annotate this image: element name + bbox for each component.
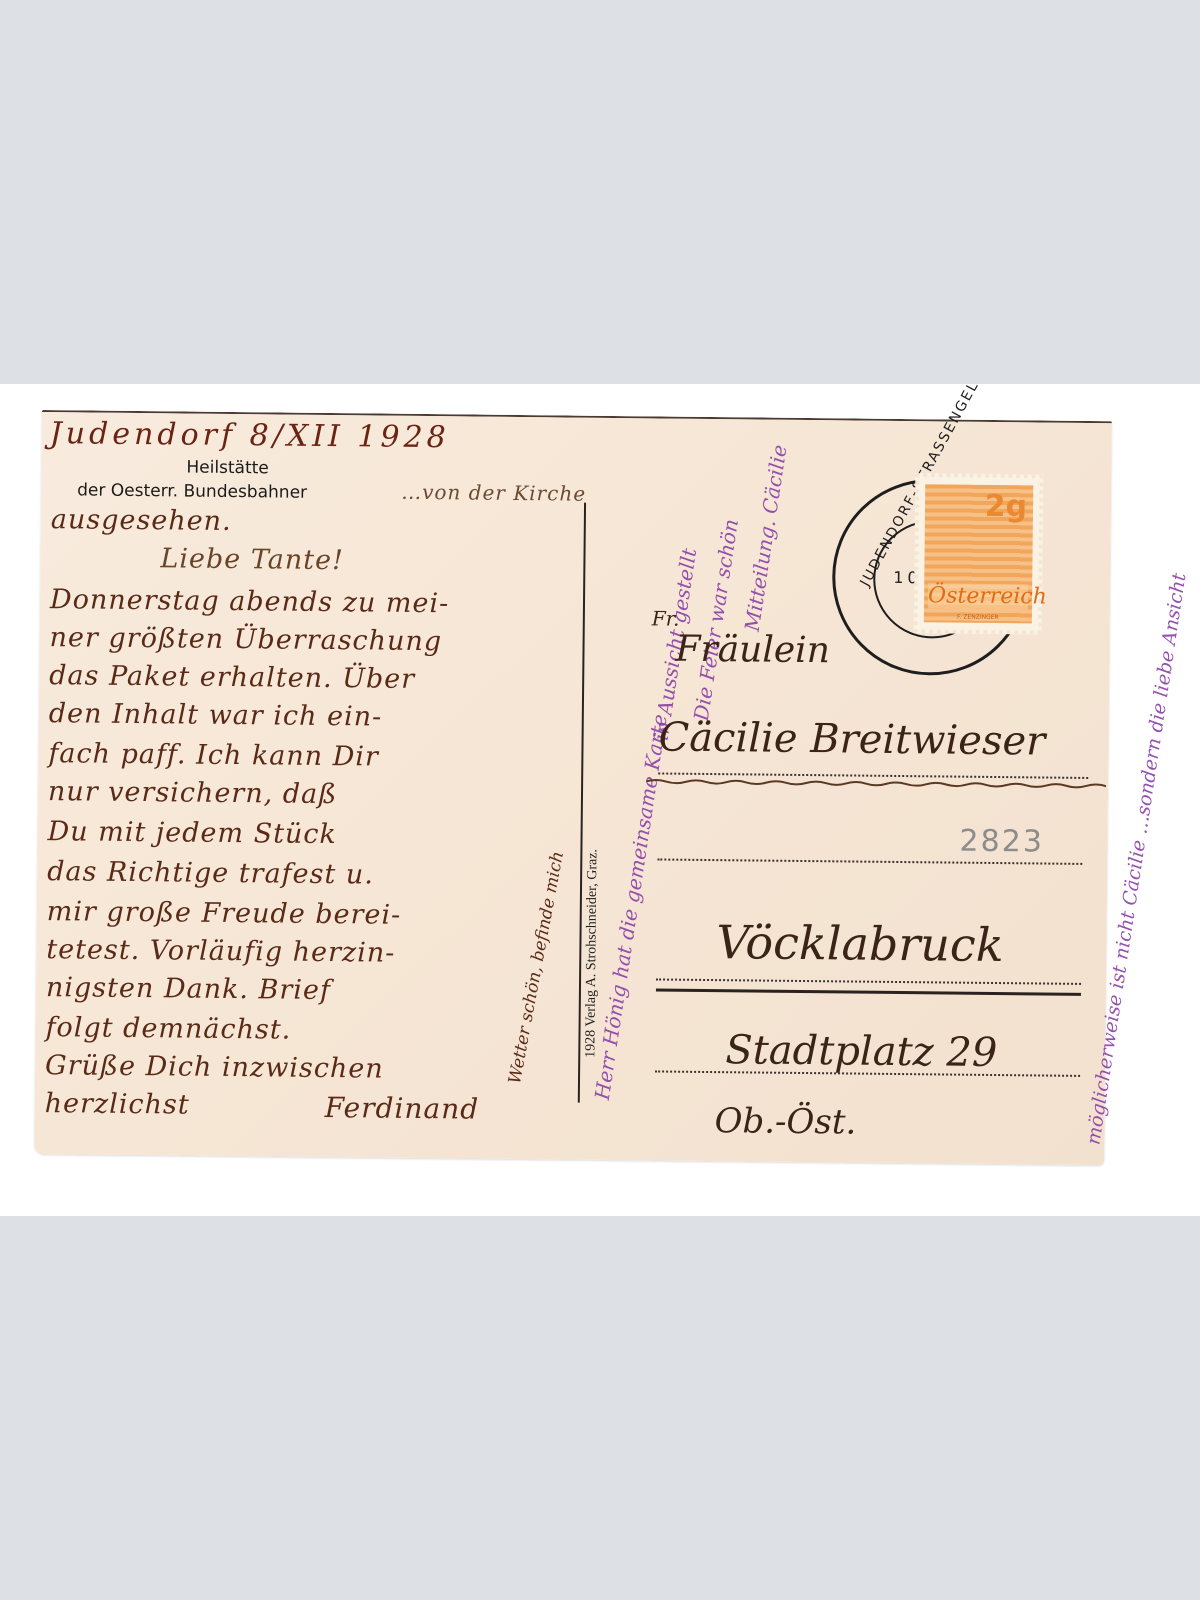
stamp-country: Österreich	[928, 583, 1028, 609]
crossed-line-2: ausgesehen.	[51, 504, 232, 537]
purple-note-3: Die Feier war schön	[689, 517, 743, 722]
address-line-1	[658, 772, 1088, 779]
printed-title-line2: der Oesterr. Bundesbahner	[77, 480, 307, 502]
message-line: das Richtige trafest u.	[47, 856, 374, 890]
stamp-value: 2g	[984, 489, 1027, 524]
address-prefix: Fr.	[652, 606, 680, 630]
purple-note-1: Herr Hönig hat die gemeinsame Karte	[590, 713, 672, 1102]
greeting: Liebe Tante!	[160, 543, 344, 576]
purple-note-4: Mitteilung. Cäcilie	[740, 443, 792, 633]
message-line: Du mit jedem Stück	[47, 816, 337, 850]
postcard-back: Judendorf 8/XII 1928 Heilstätte der Oest…	[34, 410, 1112, 1165]
vertical-margin-note: Wetter schön, befinde mich	[505, 850, 568, 1086]
recipient-city: Vöcklabruck	[716, 915, 1004, 972]
signature: Ferdinand	[325, 1091, 480, 1126]
postage-stamp: 2g Österreich F. ZENZINGER	[914, 473, 1044, 634]
message-line: Grüße Dich inzwischen	[45, 1050, 384, 1085]
address-line-2	[657, 858, 1082, 864]
message-line: den Inhalt war ich ein-	[49, 698, 383, 732]
address-title: Fräulein	[675, 629, 830, 672]
recipient-street: Stadtplatz 29	[725, 1027, 997, 1076]
stamp-engraver: F. ZENZINGER	[924, 613, 1032, 621]
scan-area: Judendorf 8/XII 1928 Heilstätte der Oest…	[0, 384, 1200, 1216]
crossed-line-1: …von der Kirche	[401, 480, 586, 506]
message-line: ner größten Überraschung	[49, 622, 442, 657]
message-line: das Paket erhalten. Über	[49, 660, 415, 695]
message-line: nigsten Dank. Brief	[46, 972, 331, 1006]
purple-note-right: möglicherweise ist nicht Cäcilie …sonder…	[1082, 572, 1190, 1147]
recipient-name: Cäcilie Breitwieser	[658, 714, 1045, 764]
message-line: tetest. Vorläufig herzin-	[46, 934, 395, 969]
publisher-imprint: 1928 Verlag A. Strohschneider, Graz.	[583, 849, 601, 1058]
address-line-3	[656, 978, 1081, 984]
stamp-design: 2g Österreich F. ZENZINGER	[924, 484, 1033, 623]
printed-title-line1: Heilstätte	[186, 458, 269, 479]
address-wavy-rule	[646, 778, 1106, 789]
message-line: nur versichern, daß	[48, 776, 338, 810]
message-line: folgt demnächst.	[45, 1012, 291, 1046]
recipient-region: Ob.-Öst.	[714, 1101, 856, 1142]
place-date: Judendorf 8/XII 1928	[50, 416, 450, 455]
message-line: herzlichst	[45, 1088, 190, 1121]
message-line: Donnerstag abends zu mei-	[50, 584, 450, 619]
message-line: fach paff. Ich kann Dir	[48, 738, 379, 772]
archive-number: 2823	[959, 824, 1044, 860]
address-solid-rule	[656, 988, 1081, 995]
message-line: mir große Freude berei-	[47, 896, 402, 931]
